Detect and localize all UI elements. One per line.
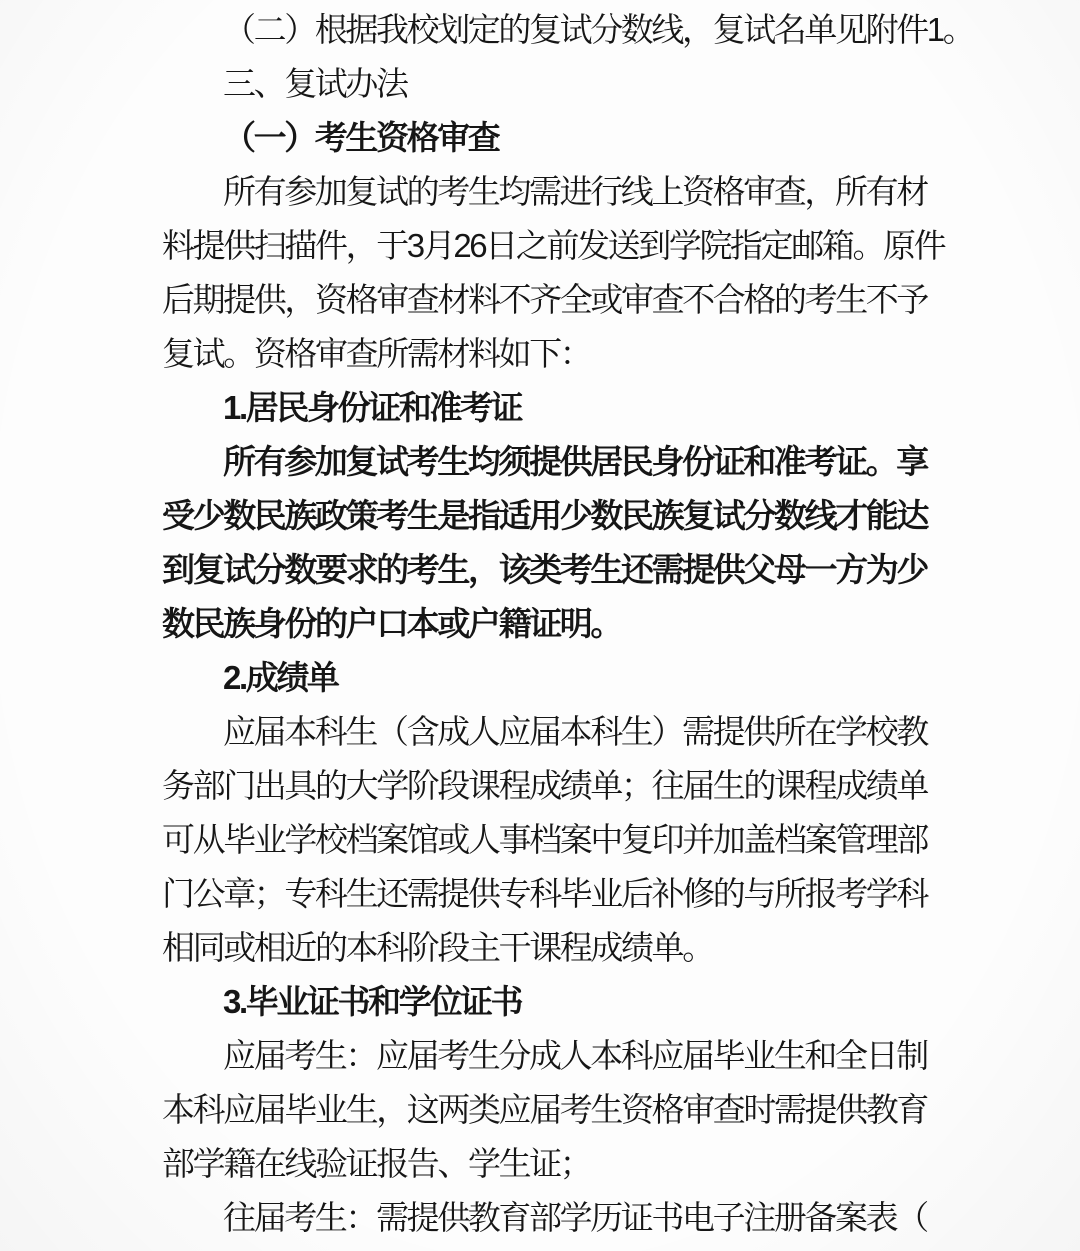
document-line: 后期提供，资格审查材料不齐全或审查不合格的考生不予 [162,273,952,327]
document-line: 料提供扫描件，于3月26日之前发送到学院指定邮箱。原件 [162,219,952,273]
document-line: 2.成绩单 [162,651,952,705]
document-line: （二）根据我校划定的复试分数线，复试名单见附件1。 [162,3,952,57]
document-line: 所有参加复试的考生均需进行线上资格审查，所有材 [162,165,952,219]
document-line: 应届考生：应届考生分成人本科应届毕业生和全日制 [162,1029,952,1083]
document-line: 本科应届毕业生，这两类应届考生资格审查时需提供教育 [162,1083,952,1137]
document: （二）根据我校划定的复试分数线，复试名单见附件1。三、复试办法（一）考生资格审查… [162,3,952,1245]
document-line: 往届考生：需提供教育部学历证书电子注册备案表（ [162,1191,952,1245]
document-line: 应届本科生（含成人应届本科生）需提供所在学校教 [162,705,952,759]
document-line: 部学籍在线验证报告、学生证； [162,1137,952,1191]
document-line: 门公章；专科生还需提供专科毕业后补修的与所报考学科 [162,867,952,921]
document-line: 3.毕业证书和学位证书 [162,975,952,1029]
document-line: 所有参加复试考生均须提供居民身份证和准考证。享 [162,435,952,489]
document-line: 数民族身份的户口本或户籍证明。 [162,597,952,651]
page: { "page": { "background_color": "#fdfdfd… [0,0,1080,1251]
document-line: 务部门出具的大学阶段课程成绩单；往届生的课程成绩单 [162,759,952,813]
document-line: 到复试分数要求的考生，该类考生还需提供父母一方为少 [162,543,952,597]
document-line: （一）考生资格审查 [162,111,952,165]
document-line: 相同或相近的本科阶段主干课程成绩单。 [162,921,952,975]
document-line: 受少数民族政策考生是指适用少数民族复试分数线才能达 [162,489,952,543]
document-line: 1.居民身份证和准考证 [162,381,952,435]
document-line: 复试。资格审查所需材料如下： [162,327,952,381]
document-line: 可从毕业学校档案馆或人事档案中复印并加盖档案管理部 [162,813,952,867]
document-line: 三、复试办法 [162,57,952,111]
